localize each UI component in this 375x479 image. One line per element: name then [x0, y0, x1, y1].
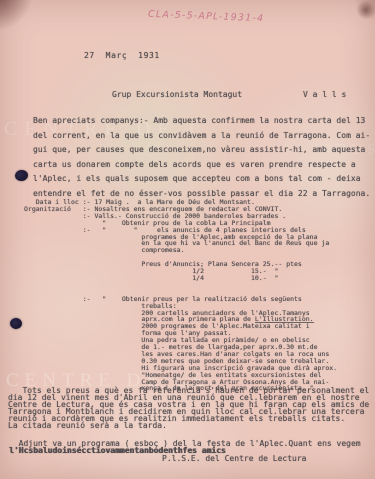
letter-date: 27 Març 1931: [84, 51, 160, 60]
recipient-name: Grup Excursionista Montagut: [112, 90, 242, 99]
agreements-section: Data i lloc :- 17 Maig . a la Mare de Dé…: [24, 199, 337, 392]
signature-line: P.l.S.E. del Centre de Lectura: [162, 454, 307, 463]
recipient-city: V a l l s: [303, 90, 346, 99]
hole-punch-top: [14, 169, 28, 182]
salutation-paragraph: Ben apreciats companys:- Amb aquesta con…: [33, 114, 370, 202]
closing-paragraph: Tots els preus a què es fa referència s'…: [8, 387, 369, 430]
illustration-underline-decoration: [255, 322, 314, 323]
scanned-letter-page: CENTRE DE L REUS CENTRE DE LE CLA-5-5-AP…: [0, 0, 375, 479]
hole-punch-bottom: [9, 317, 22, 329]
archive-code-annotation: CLA-5-5-APL-1931-4: [148, 9, 265, 24]
